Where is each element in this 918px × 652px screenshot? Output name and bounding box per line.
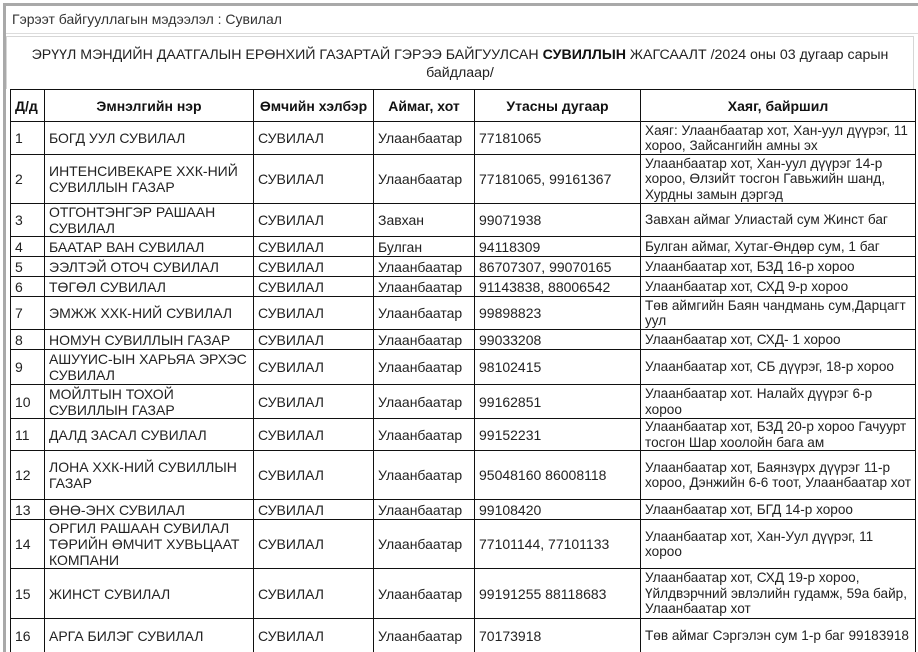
- cell-address: Хаяг: Улаанбаатар хот, Хан-уул дүүрэг, 1…: [641, 122, 916, 155]
- cell-phone-number: 99162851: [475, 385, 641, 419]
- sanatorium-table: Д/д Эмнэлгийн нэр Өмчийн хэлбэр Аймаг, х…: [10, 89, 916, 652]
- cell-hospital-name: МОЙЛТЫН ТОХОЙ СУВИЛЛЫН ГАЗАР: [45, 385, 254, 419]
- cell-city: Улаанбаатар: [374, 350, 475, 385]
- cell-ownership-type: СУВИЛАЛ: [254, 122, 374, 155]
- cell-phone-number: 99898823: [475, 297, 641, 330]
- cell-ownership-type: СУВИЛАЛ: [254, 257, 374, 277]
- cell-city: Улаанбаатар: [374, 569, 475, 619]
- cell-ownership-type: СУВИЛАЛ: [254, 520, 374, 569]
- cell-phone-number: 99191255 88118683: [475, 569, 641, 619]
- col-header-name: Эмнэлгийн нэр: [45, 90, 254, 122]
- col-header-number: Д/д: [11, 90, 45, 122]
- cell-phone-number: 77101144, 77101133: [475, 520, 641, 569]
- cell-address: Төв аймаг Сэргэлэн сум 1-р баг 99183918: [641, 619, 916, 652]
- cell-city: Булган: [374, 237, 475, 257]
- cell-hospital-name: ӨНӨ-ЭНХ СУВИЛАЛ: [45, 500, 254, 520]
- cell-ownership-type: СУВИЛАЛ: [254, 237, 374, 257]
- cell-row-number: 6: [11, 277, 45, 297]
- cell-hospital-name: ДАЛД ЗАСАЛ СУВИЛАЛ: [45, 419, 254, 451]
- cell-city: Улаанбаатар: [374, 330, 475, 350]
- cell-phone-number: 94118309: [475, 237, 641, 257]
- cell-phone-number: 91143838, 88006542: [475, 277, 641, 297]
- cell-hospital-name: БОГД УУЛ СУВИЛАЛ: [45, 122, 254, 155]
- cell-row-number: 13: [11, 500, 45, 520]
- cell-hospital-name: ОРГИЛ РАШААН СУВИЛАЛ ТӨРИЙН ӨМЧИТ ХУВЬЦА…: [45, 520, 254, 569]
- cell-phone-number: 98102415: [475, 350, 641, 385]
- cell-city: Завхан: [374, 204, 475, 237]
- table-row: 15ЖИНСТ СУВИЛАЛСУВИЛАЛУлаанбаатар9919125…: [11, 569, 916, 619]
- cell-phone-number: 77181065, 99161367: [475, 155, 641, 204]
- cell-city: Улаанбаатар: [374, 500, 475, 520]
- cell-ownership-type: СУВИЛАЛ: [254, 385, 374, 419]
- col-header-phone: Утасны дугаар: [475, 90, 641, 122]
- table-body: 1БОГД УУЛ СУВИЛАЛСУВИЛАЛУлаанбаатар77181…: [11, 122, 916, 652]
- cell-ownership-type: СУВИЛАЛ: [254, 330, 374, 350]
- cell-row-number: 9: [11, 350, 45, 385]
- cell-city: Улаанбаатар: [374, 419, 475, 451]
- cell-phone-number: 70173918: [475, 619, 641, 652]
- col-header-ownership: Өмчийн хэлбэр: [254, 90, 374, 122]
- cell-address: Булган аймаг, Хутаг-Өндөр сум, 1 баг: [641, 237, 916, 257]
- table-header-row: Д/д Эмнэлгийн нэр Өмчийн хэлбэр Аймаг, х…: [11, 90, 916, 122]
- table-row: 1БОГД УУЛ СУВИЛАЛСУВИЛАЛУлаанбаатар77181…: [11, 122, 916, 155]
- cell-address: Завхан аймаг Улиастай сум Жинст баг: [641, 204, 916, 237]
- table-row: 8НОМУН СУВИЛЛЫН ГАЗАРСУВИЛАЛУлаанбаатар9…: [11, 330, 916, 350]
- table-row: 9АШУҮИС-ЫН ХАРЬЯА ЭРХЭС СУВИЛАЛСУВИЛАЛУл…: [11, 350, 916, 385]
- cell-phone-number: 99071938: [475, 204, 641, 237]
- table-row: 2ИНТЕНСИВЕКАРЕ ХХК-НИЙ СУВИЛЛЫН ГАЗАРСУВ…: [11, 155, 916, 204]
- cell-phone-number: 99152231: [475, 419, 641, 451]
- cell-address: Улаанбаатар хот, Хан-Уул дүүрэг, 11 хоро…: [641, 520, 916, 569]
- table-row: 10МОЙЛТЫН ТОХОЙ СУВИЛЛЫН ГАЗАРСУВИЛАЛУла…: [11, 385, 916, 419]
- cell-address: Улаанбаатар хот, БГД 14-р хороо: [641, 500, 916, 520]
- cell-ownership-type: СУВИЛАЛ: [254, 451, 374, 500]
- cell-address: Улаанбаатар хот, СХД- 1 хороо: [641, 330, 916, 350]
- page-frame: Гэрээт байгууллагын мэдээлэл : Сувилал Э…: [3, 3, 918, 652]
- table-row: 12ЛОНА ХХК-НИЙ СУВИЛЛЫН ГАЗАРСУВИЛАЛУлаа…: [11, 451, 916, 500]
- table-row: 7ЭМЖЖ ХХК-НИЙ СУВИЛАЛСУВИЛАЛУлаанбаатар9…: [11, 297, 916, 330]
- cell-row-number: 1: [11, 122, 45, 155]
- cell-row-number: 12: [11, 451, 45, 500]
- cell-city: Улаанбаатар: [374, 297, 475, 330]
- cell-ownership-type: СУВИЛАЛ: [254, 297, 374, 330]
- cell-phone-number: 77181065: [475, 122, 641, 155]
- cell-city: Улаанбаатар: [374, 257, 475, 277]
- cell-city: Улаанбаатар: [374, 619, 475, 652]
- title-prefix: ЭРҮҮЛ МЭНДИЙН ДААТГАЛЫН ЕРӨНХИЙ ГАЗАРТАЙ…: [32, 47, 543, 63]
- cell-hospital-name: ЖИНСТ СУВИЛАЛ: [45, 569, 254, 619]
- cell-ownership-type: СУВИЛАЛ: [254, 204, 374, 237]
- cell-row-number: 16: [11, 619, 45, 652]
- cell-ownership-type: СУВИЛАЛ: [254, 419, 374, 451]
- cell-phone-number: 95048160 86008118: [475, 451, 641, 500]
- cell-city: Улаанбаатар: [374, 385, 475, 419]
- cell-address: Улаанбаатар хот, СХД 19-р хороо, Үйлдвэр…: [641, 569, 916, 619]
- table-row: 3ОТГОНТЭНГЭР РАШААН СУВИЛАЛСУВИЛАЛЗавхан…: [11, 204, 916, 237]
- cell-city: Улаанбаатар: [374, 277, 475, 297]
- cell-hospital-name: АШУҮИС-ЫН ХАРЬЯА ЭРХЭС СУВИЛАЛ: [45, 350, 254, 385]
- cell-address: Улаанбаатар хот, БЗД 16-р хороо: [641, 257, 916, 277]
- cell-ownership-type: СУВИЛАЛ: [254, 350, 374, 385]
- table-row: 13ӨНӨ-ЭНХ СУВИЛАЛСУВИЛАЛУлаанбаатар99108…: [11, 500, 916, 520]
- cell-address: Улаанбаатар хот, СБ дүүрэг, 18-р хороо: [641, 350, 916, 385]
- cell-city: Улаанбаатар: [374, 520, 475, 569]
- cell-hospital-name: НОМУН СУВИЛЛЫН ГАЗАР: [45, 330, 254, 350]
- cell-city: Улаанбаатар: [374, 122, 475, 155]
- cell-ownership-type: СУВИЛАЛ: [254, 155, 374, 204]
- cell-row-number: 8: [11, 330, 45, 350]
- cell-address: Төв аймгийн Баян чандмань сум,Дарцагт уу…: [641, 297, 916, 330]
- cell-address: Улаанбаатар хот, БЗД 20-р хороо Гачуурт …: [641, 419, 916, 451]
- title-bold-word: СУВИЛЛЫН: [543, 47, 626, 63]
- cell-city: Улаанбаатар: [374, 451, 475, 500]
- cell-row-number: 3: [11, 204, 45, 237]
- cell-phone-number: 99033208: [475, 330, 641, 350]
- cell-hospital-name: ТӨГӨЛ СУВИЛАЛ: [45, 277, 254, 297]
- cell-row-number: 2: [11, 155, 45, 204]
- cell-hospital-name: ЭЭЛТЭЙ ОТОЧ СУВИЛАЛ: [45, 257, 254, 277]
- panel-header: Гэрээт байгууллагын мэдээлэл : Сувилал: [6, 6, 918, 34]
- table-row: 11ДАЛД ЗАСАЛ СУВИЛАЛСУВИЛАЛУлаанбаатар99…: [11, 419, 916, 451]
- cell-row-number: 14: [11, 520, 45, 569]
- cell-city: Улаанбаатар: [374, 155, 475, 204]
- cell-row-number: 15: [11, 569, 45, 619]
- cell-ownership-type: СУВИЛАЛ: [254, 619, 374, 652]
- cell-hospital-name: ЭМЖЖ ХХК-НИЙ СУВИЛАЛ: [45, 297, 254, 330]
- col-header-city: Аймаг, хот: [374, 90, 475, 122]
- cell-ownership-type: СУВИЛАЛ: [254, 569, 374, 619]
- table-row: 14ОРГИЛ РАШААН СУВИЛАЛ ТӨРИЙН ӨМЧИТ ХУВЬ…: [11, 520, 916, 569]
- cell-address: Улаанбаатар хот, СХД 9-р хороо: [641, 277, 916, 297]
- table-row: 6ТӨГӨЛ СУВИЛАЛСУВИЛАЛУлаанбаатар91143838…: [11, 277, 916, 297]
- cell-ownership-type: СУВИЛАЛ: [254, 277, 374, 297]
- cell-address: Улаанбаатар хот. Налайх дүүрэг 6-р хороо: [641, 385, 916, 419]
- cell-hospital-name: АРГА БИЛЭГ СУВИЛАЛ: [45, 619, 254, 652]
- cell-row-number: 10: [11, 385, 45, 419]
- cell-row-number: 5: [11, 257, 45, 277]
- list-title: ЭРҮҮЛ МЭНДИЙН ДААТГАЛЫН ЕРӨНХИЙ ГАЗАРТАЙ…: [6, 36, 914, 89]
- cell-row-number: 11: [11, 419, 45, 451]
- table-row: 4БААТАР ВАН СУВИЛАЛСУВИЛАЛБулган94118309…: [11, 237, 916, 257]
- cell-row-number: 7: [11, 297, 45, 330]
- table-row: 16АРГА БИЛЭГ СУВИЛАЛСУВИЛАЛУлаанбаатар70…: [11, 619, 916, 652]
- cell-address: Улаанбаатар хот, Хан-уул дүүрэг 14-р хор…: [641, 155, 916, 204]
- cell-hospital-name: БААТАР ВАН СУВИЛАЛ: [45, 237, 254, 257]
- cell-phone-number: 86707307, 99070165: [475, 257, 641, 277]
- col-header-address: Хаяг, байршил: [641, 90, 916, 122]
- cell-hospital-name: ИНТЕНСИВЕКАРЕ ХХК-НИЙ СУВИЛЛЫН ГАЗАР: [45, 155, 254, 204]
- cell-address: Улаанбаатар хот, Баянзүрх дүүрэг 11-р хо…: [641, 451, 916, 500]
- cell-ownership-type: СУВИЛАЛ: [254, 500, 374, 520]
- cell-row-number: 4: [11, 237, 45, 257]
- table-row: 5ЭЭЛТЭЙ ОТОЧ СУВИЛАЛСУВИЛАЛУлаанбаатар86…: [11, 257, 916, 277]
- cell-phone-number: 99108420: [475, 500, 641, 520]
- cell-hospital-name: ОТГОНТЭНГЭР РАШААН СУВИЛАЛ: [45, 204, 254, 237]
- cell-hospital-name: ЛОНА ХХК-НИЙ СУВИЛЛЫН ГАЗАР: [45, 451, 254, 500]
